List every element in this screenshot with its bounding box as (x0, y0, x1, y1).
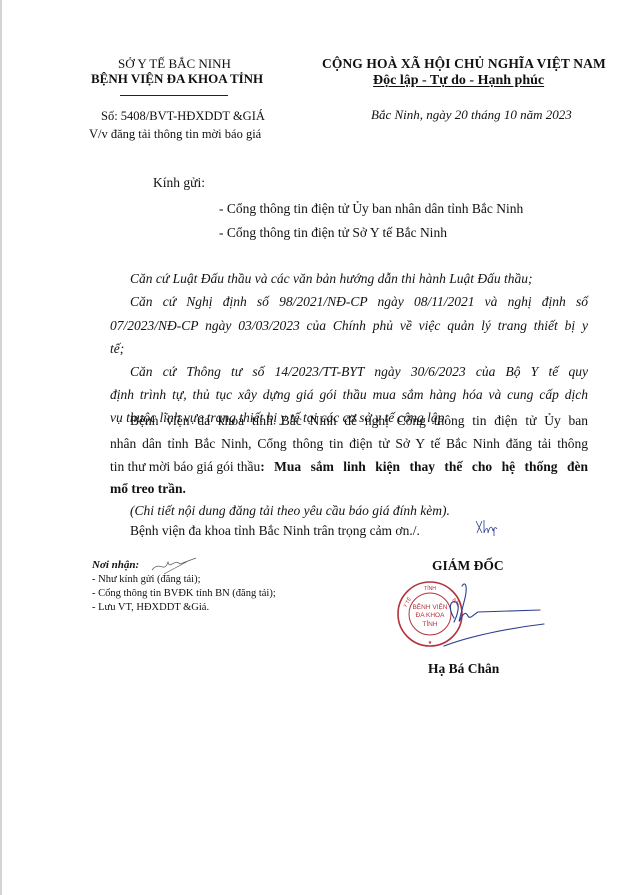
signer-name: Hạ Bá Chân (428, 661, 499, 677)
recipient-item: - Cổng thông tin điện tử Sở Y tế Bắc Nin… (219, 225, 447, 241)
document-subject: V/v đăng tải thông tin mời báo giá (89, 127, 261, 142)
legal-basis-1: Căn cứ Luật Đấu thầu và các văn bản hướn… (130, 271, 533, 287)
receiver-item: - Lưu VT, HĐXDDT &Giá. (92, 602, 209, 613)
initials-signature-icon (474, 517, 500, 537)
legal-basis-3-line-1: Căn cứ Thông tư số 14/2023/TT-BYT ngày 3… (130, 364, 588, 380)
request-line-1: Bệnh viện đa khoa tỉnh Bắc Ninh đề nghị … (130, 413, 588, 429)
recipient-item: - Cổng thông tin điện tử Ủy ban nhân dân… (219, 201, 523, 217)
package-name-part-2: mổ treo trần. (110, 481, 186, 497)
receiver-item: - Cổng thông tin BVĐK tỉnh BN (đăng tải)… (92, 588, 276, 599)
details-note: (Chi tiết nội dung đăng tải theo yêu cầu… (130, 503, 450, 519)
national-title: CỘNG HOÀ XÃ HỘI CHỦ NGHĨA VIỆT NAM (322, 56, 606, 72)
header-divider (120, 95, 228, 96)
svg-text:TỈNH: TỈNH (422, 619, 437, 628)
request-line-2: nhân dân tỉnh Bắc Ninh, Cổng thông tin đ… (110, 436, 588, 452)
receivers-title: Nơi nhận: (92, 559, 139, 571)
package-name-part-1: : Mua sắm linh kiện thay thế cho hệ thốn… (260, 459, 588, 475)
legal-basis-3-line-2: định trình tự, thủ tục xây dựng giá gói … (110, 387, 588, 403)
legal-basis-2-line-3: tế; (110, 341, 124, 357)
parent-organization: SỞ Y TẾ BẮC NINH (118, 56, 231, 72)
greeting: Kính gửi: (153, 175, 205, 191)
handwritten-signature-icon (440, 578, 550, 648)
svg-text:★: ★ (428, 640, 433, 646)
signature-title: GIÁM ĐỐC (432, 558, 504, 574)
receiver-scribble-icon (150, 556, 198, 576)
svg-text:TỈNH: TỈNH (424, 585, 436, 592)
page-edge (0, 0, 2, 895)
document-number: Số: 5408/BVT-HĐXDDT &GIÁ (101, 109, 265, 124)
legal-basis-2-line-1: Căn cứ Nghị định số 98/2021/NĐ-CP ngày 0… (130, 294, 588, 310)
receiver-item: - Như kính gửi (đăng tải); (92, 574, 201, 585)
organization-name: BỆNH VIỆN ĐA KHOA TỈNH (91, 71, 263, 87)
closing-remark: Bệnh viện đa khoa tỉnh Bắc Ninh trân trọ… (130, 523, 420, 539)
request-line-3: tin thư mời báo giá gói thầu: Mua sắm li… (110, 459, 588, 475)
place-and-date: Bắc Ninh, ngày 20 tháng 10 năm 2023 (371, 107, 572, 123)
request-line-3-text: tin thư mời báo giá gói thầu (110, 459, 260, 475)
national-motto: Độc lập - Tự do - Hạnh phúc (373, 73, 544, 89)
legal-basis-2-line-2: 07/2023/NĐ-CP ngày 03/03/2023 của Chính … (110, 318, 588, 334)
